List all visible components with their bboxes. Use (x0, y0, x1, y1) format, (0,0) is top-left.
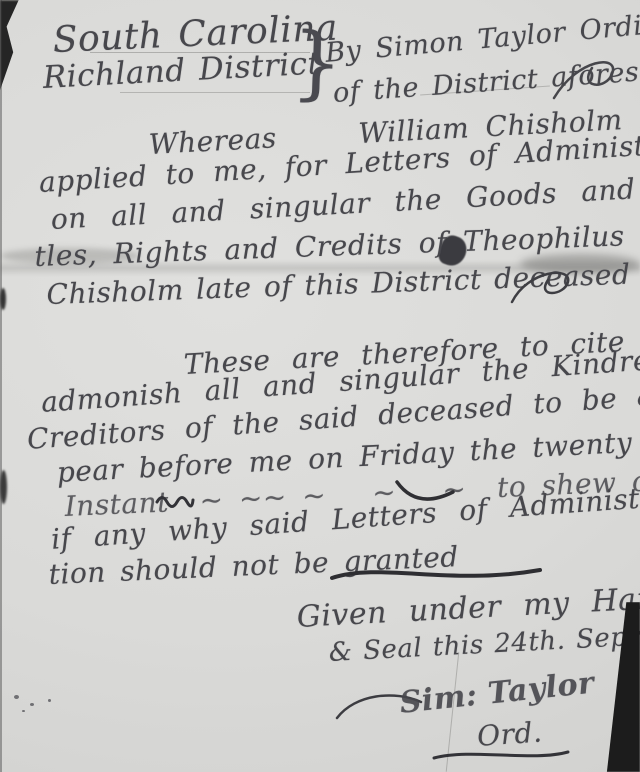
ink-speck (48, 699, 51, 702)
document-page: South Carolina Richland District } By Si… (0, 0, 640, 772)
edge-blotch (0, 470, 7, 504)
edge-blotch (0, 288, 6, 310)
ink-speck (22, 710, 25, 712)
deceased-loop-flourish (508, 262, 580, 310)
torn-corner-top-left (0, 0, 22, 95)
paper-left-edge (0, 0, 2, 772)
granted-dash-flourish (330, 560, 545, 588)
aforesaid-flourish (548, 48, 628, 106)
ink-speck (30, 703, 34, 706)
signature-underline-flourish (432, 744, 572, 766)
friday-descender-flourish (395, 478, 455, 506)
faint-guide-line (120, 92, 310, 93)
signature-name: Sim: Taylor (398, 666, 596, 721)
scratched-out-scribble (155, 494, 195, 508)
ink-speck (14, 695, 19, 699)
